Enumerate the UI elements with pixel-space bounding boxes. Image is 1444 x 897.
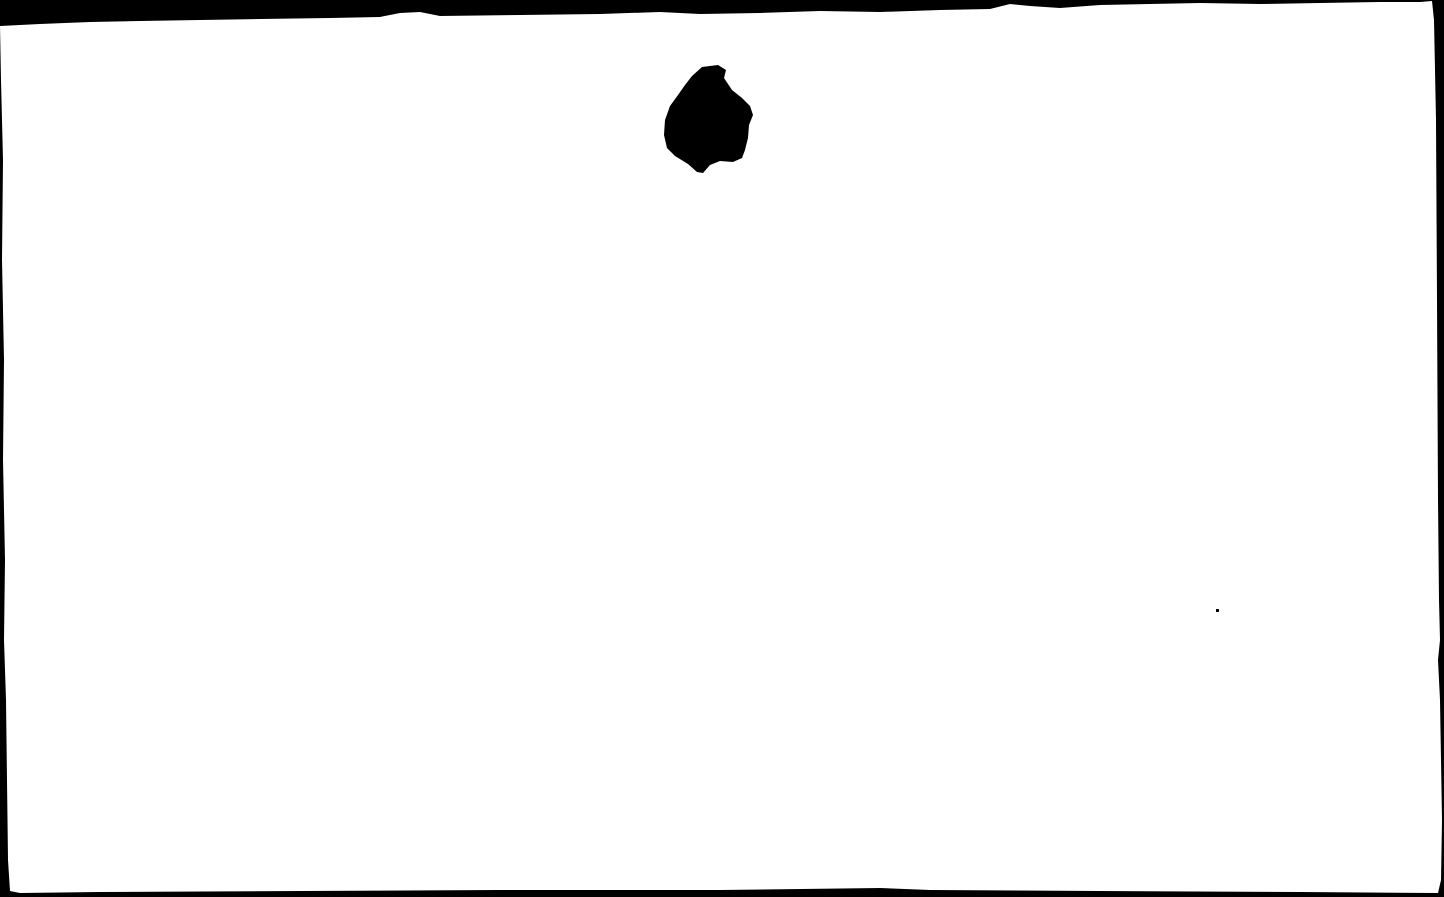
scanned-document <box>0 0 1444 897</box>
document-page <box>0 0 1444 897</box>
speck <box>1216 609 1219 612</box>
